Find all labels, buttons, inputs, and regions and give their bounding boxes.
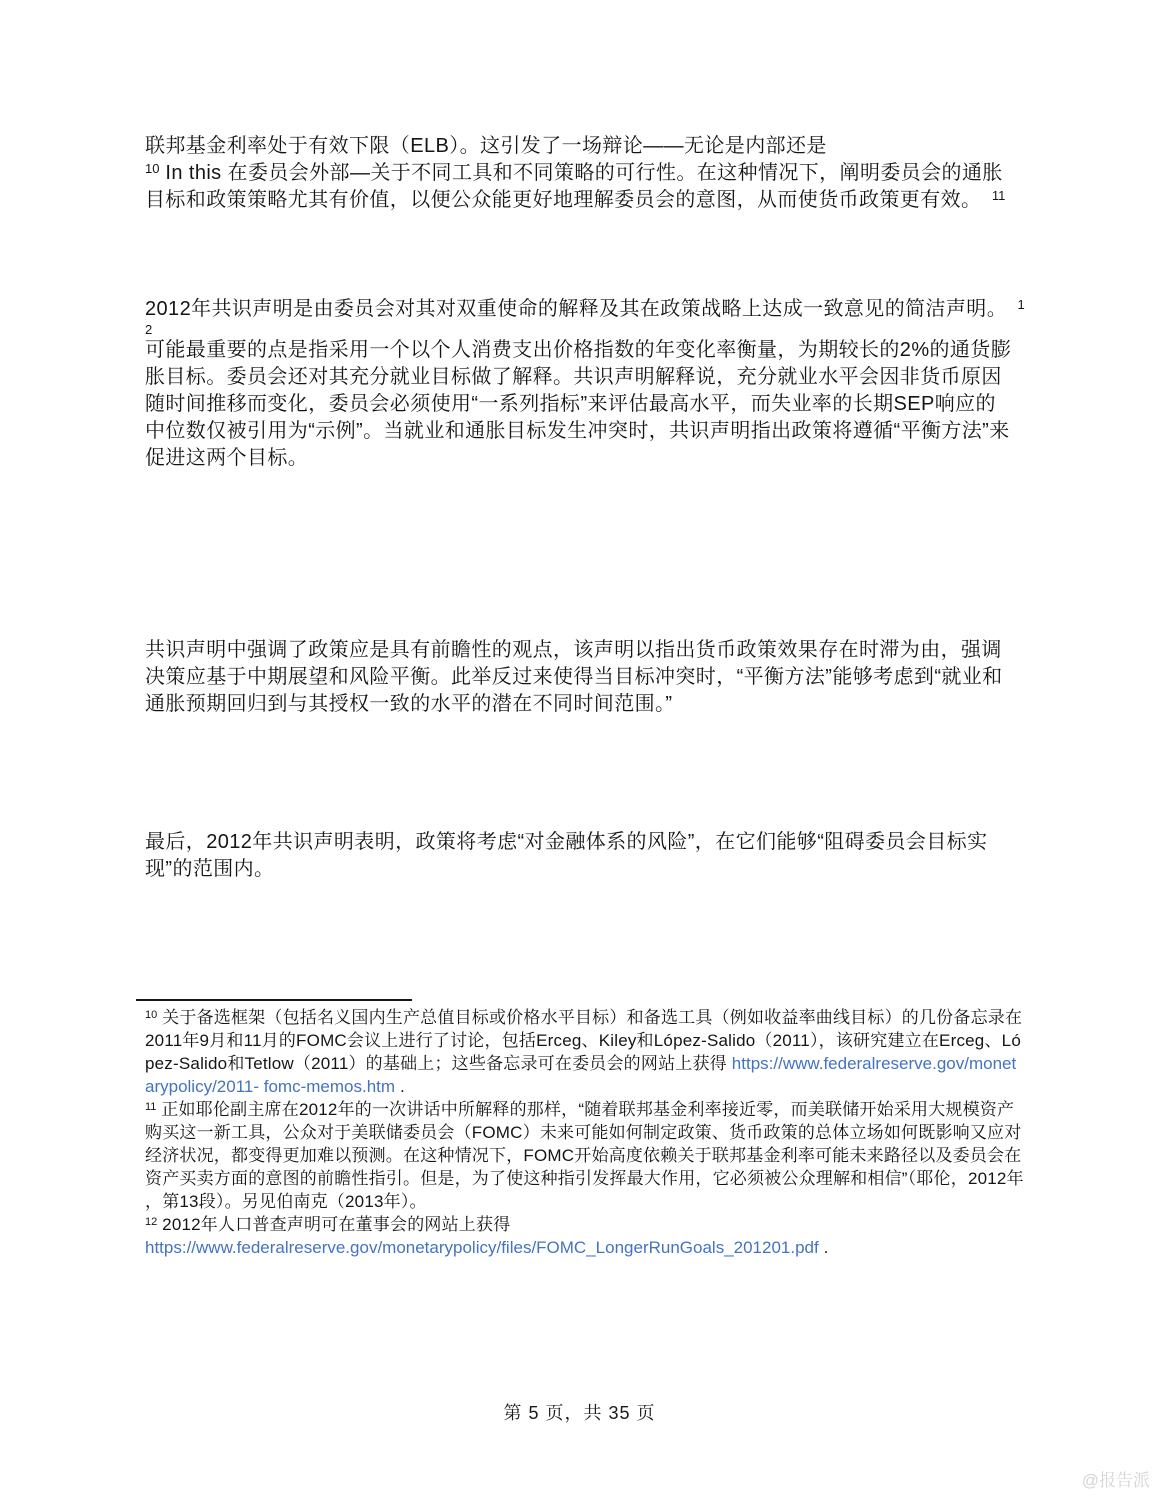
footnote-marker: 11 bbox=[992, 188, 1006, 203]
text-run: 随时间推移而变化，委员会必须使用“一系列指标”来评估最高水平，而失业率的长期SE… bbox=[145, 393, 996, 415]
text-run: 正如耶伦副主席在2012年的一次讲话中所解释的那样，“随着联邦基金利率接近零，而… bbox=[156, 1100, 1014, 1119]
text-run: 2012年人口普查声明可在董事会的网站上获得 bbox=[157, 1215, 510, 1234]
text-run: 联邦基金利率处于有效下限（ELB）。这引发了一场辩论——无论是内部还是 bbox=[145, 135, 827, 157]
external-link[interactable]: https://www.federalreserve.gov/monetaryp… bbox=[145, 1238, 819, 1257]
external-link[interactable]: arypolicy/2011- fomc-memos.htm bbox=[145, 1077, 395, 1096]
footnote-marker: 12 bbox=[145, 1216, 157, 1228]
paragraph-1: 联邦基金利率处于有效下限（ELB）。这引发了一场辩论——无论是内部还是10 In… bbox=[145, 133, 1080, 214]
text-run: 可能最重要的点是指采用一个以个人消费支出价格指数的年变化率衡量，为期较长的2%的… bbox=[145, 339, 1011, 361]
footnote-marker: 11 bbox=[145, 1101, 156, 1113]
text-run: 经济状况，都变得更加难以预测。在这种情况下，FOMC开始高度依赖关于联邦基金利率… bbox=[145, 1146, 1021, 1165]
text-run: 现”的范围内。 bbox=[145, 858, 274, 880]
paragraph-2: 2012年共识声明是由委员会对其对双重使命的解释及其在政策战略上达成一致意见的简… bbox=[145, 296, 1080, 472]
text-run: 中位数仅被引用为“示例”。当就业和通胀目标发生冲突时，共识声明指出政策将遵循“平… bbox=[145, 420, 1010, 442]
text-run: 通胀预期回归到与其授权一致的水平的潜在不同时间范围。” bbox=[145, 693, 672, 715]
paragraph-3: 共识声明中强调了政策应是具有前瞻性的观点，该声明以指出货币政策效果存在时滞为由，… bbox=[145, 637, 1080, 718]
text-run: 购买这一新工具，公众对于美联储委员会（FOMC）未来可能如何制定政策、货币政策的… bbox=[145, 1123, 1021, 1142]
text-run: pez-Salido和Tetlow（2011）的基础上；这些备忘录可在委员会的网… bbox=[145, 1054, 732, 1073]
text-run: In this 在委员会外部—关于不同工具和不同策略的可行性。在这种情况下，阐明… bbox=[159, 162, 1002, 184]
external-link[interactable]: https://www.federalreserve.gov/monet bbox=[732, 1054, 1016, 1073]
text-run: 胀目标。委员会还对其充分就业目标做了解释。共识声明解释说，充分就业水平会因非货币… bbox=[145, 366, 1002, 388]
text-run: 促进这两个目标。 bbox=[145, 447, 308, 469]
footnote-marker: 10 bbox=[145, 161, 159, 176]
text-run: 资产买卖方面的意图的前瞻性指引。但是，为了使这种指引发挥最大作用，它必须被公众理… bbox=[145, 1169, 1024, 1188]
watermark: @报告派 bbox=[1082, 1466, 1150, 1491]
document-page: 联邦基金利率处于有效下限（ELB）。这引发了一场辩论——无论是内部还是10 In… bbox=[0, 0, 1159, 1500]
footnote-marker: 10 bbox=[145, 1009, 157, 1021]
page-number: 第 5 页，共 35 页 bbox=[0, 1399, 1159, 1425]
text-run: . bbox=[819, 1238, 829, 1257]
text-run: 最后，2012年共识声明表明，政策将考虑“对金融体系的风险”，在它们能够“阻碍委… bbox=[145, 831, 987, 853]
text-run: . bbox=[395, 1077, 405, 1096]
text-run: 2011年9月和11月的FOMC会议上进行了讨论，包括Erceg、Kiley和L… bbox=[145, 1031, 1021, 1050]
paragraph-4: 最后，2012年共识声明表明，政策将考虑“对金融体系的风险”，在它们能够“阻碍委… bbox=[145, 829, 1080, 883]
text-run: 共识声明中强调了政策应是具有前瞻性的观点，该声明以指出货币政策效果存在时滞为由，… bbox=[145, 639, 1002, 661]
text-run: 决策应基于中期展望和风险平衡。此举反过来使得当目标冲突时，“平衡方法”能够考虑到… bbox=[145, 666, 1003, 688]
text-run: 关于备选框架（包括名义国内生产总值目标或价格水平目标）和备选工具（例如收益率曲线… bbox=[157, 1008, 1022, 1027]
text-run: 目标和政策策略尤其有价值，以便公众能更好地理解委员会的意图，从而使货币政策更有效… bbox=[145, 189, 992, 211]
footnotes-block: 10 关于备选框架（包括名义国内生产总值目标或价格水平目标）和备选工具（例如收益… bbox=[145, 1006, 1105, 1259]
footnote-marker: 1 bbox=[1018, 297, 1025, 312]
text-run: ，第13段）。另见伯南克（2013年）。 bbox=[145, 1192, 427, 1211]
footnote-marker-wrapped: 2 bbox=[145, 323, 1080, 337]
footnote-divider bbox=[136, 999, 412, 1001]
text-run: 2012年共识声明是由委员会对其对双重使命的解释及其在政策战略上达成一致意见的简… bbox=[145, 298, 1018, 320]
